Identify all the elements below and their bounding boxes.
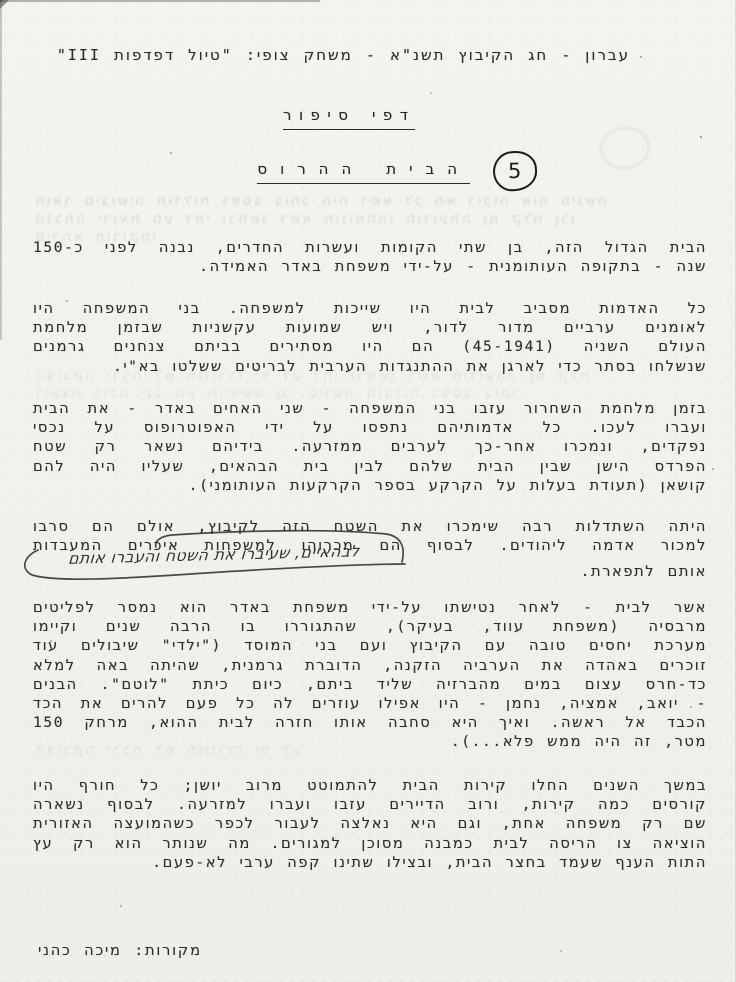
- typed-line: שנה - בתקופה העותומנית - על-ידי משפחת בא…: [33, 257, 707, 276]
- bleedthrough-circle: [598, 125, 652, 172]
- typed-line: כד-חרס עצום במים מהברזיה שליד ביתם, כיום…: [33, 675, 707, 694]
- document-header: עברון - חג הקיבוץ תשנ"א - משחק צופי: "טי…: [57, 46, 630, 65]
- paragraph: אשר לבית - לאחר נטישתו על-ידי משפחת באדר…: [33, 598, 707, 752]
- typed-line: זוכרים באהדה את הערביה הזקנה, הדוברת גרמ…: [33, 656, 707, 675]
- section-title: דפי סיפור: [283, 106, 415, 130]
- typed-line: בזמן מלחמת השחרור עזבו בני המשפחה - שני …: [33, 399, 707, 418]
- typed-line: ועברו לעכו. כל אדמותיהם נתפסו על ידי האפ…: [33, 418, 707, 437]
- bleedthrough-line: תואר םיבושיה תודלות רפסב בותכ היה רשא לכ…: [33, 193, 606, 209]
- typed-line: אשר לבית - לאחר נטישתו על-ידי משפחת באדר…: [33, 598, 707, 617]
- circled-number-badge: 5: [492, 150, 539, 193]
- typed-line: במשך השנים החלו קירות הבית להתמוטט מרוב …: [33, 776, 707, 795]
- bleedthrough-line: הנבמה ירואת םע דחי ורמשנ רשא תונומתהו תו…: [33, 211, 575, 227]
- paragraph: הבית הגדול הזה, בן שתי הקומות ועשרות החד…: [33, 238, 707, 276]
- typed-line: היתה השתדלות רבה שימכרו את השטח הזה לקיב…: [33, 517, 707, 536]
- scan-specks: [0, 0, 2, 2]
- typed-line: מערכת יחסים טובה עם הקיבוץ ועם בני המוסד…: [33, 636, 707, 655]
- paragraph: בזמן מלחמת השחרור עזבו בני המשפחה - שני …: [33, 399, 707, 495]
- typed-line: מרבסיה (משפחת עווד, בעיקר), שהתגוררו בו …: [33, 617, 707, 636]
- typed-line: שנשלחו בסתר כדי לארגן את ההתנגדות הערבית…: [33, 357, 707, 376]
- paragraph: במשך השנים החלו קירות הבית להתמוטט מרוב …: [33, 776, 707, 872]
- typed-line: קורסים כמה קירות, ורוב הדיירים עזבו ועבר…: [33, 795, 707, 814]
- typed-line: הכבד אל ראשה. ואיך היא סחבה אותו חזרה לב…: [33, 713, 707, 732]
- scan-edge-left: [0, 0, 2, 340]
- typed-line: - יואב, אמציה, נחמן - היו אפילו עוזרים ל…: [33, 694, 707, 713]
- typed-line: כל האדמות מסביב לבית היו שייכות למשפחה. …: [33, 299, 707, 318]
- story-title: הבית ההרוס: [257, 160, 470, 184]
- typed-line: העולם השניה (45-1941) הם היו מסתירים בבי…: [33, 337, 707, 356]
- typed-line: הוציאה צו הריסה לבית כמבנה מסוכן למגורים…: [33, 834, 707, 853]
- typed-line: מטר, זה היה ממש פלא...).: [33, 732, 707, 751]
- typed-line: נפקדים, ונמכרו אחר-כך לערבים ממזרעה. ביד…: [33, 437, 707, 456]
- scan-edge-top: [0, 0, 320, 2]
- typed-line: הבית הגדול הזה, בן שתי הקומות ועשרות החד…: [33, 238, 707, 257]
- typed-line: הפרדס הישן שבין הבית שלהם לבין בית הבהאי…: [33, 457, 707, 476]
- paragraph: כל האדמות מסביב לבית היו שייכות למשפחה. …: [33, 299, 707, 376]
- typed-line: שם רק משפחה אחת, וגם היא נאלצה לעבור לכפ…: [33, 814, 707, 833]
- typed-line: קושאן (תעודת בעלות על הקרקע בספר הקרקעות…: [33, 476, 707, 495]
- typed-line: התות הענף שעמד בחצר הבית, ובצילו שתינו ק…: [33, 853, 707, 872]
- story-number: 5: [508, 159, 522, 183]
- typed-line: לאומנים ערביים מדור לדור, ויש שמועות עקש…: [33, 318, 707, 337]
- scanned-document-page: תואר םיבושיה תודלות רפסב בותכ היה רשא לכ…: [0, 0, 736, 982]
- sources-footer: מקורות: מיכה כהני: [38, 941, 202, 960]
